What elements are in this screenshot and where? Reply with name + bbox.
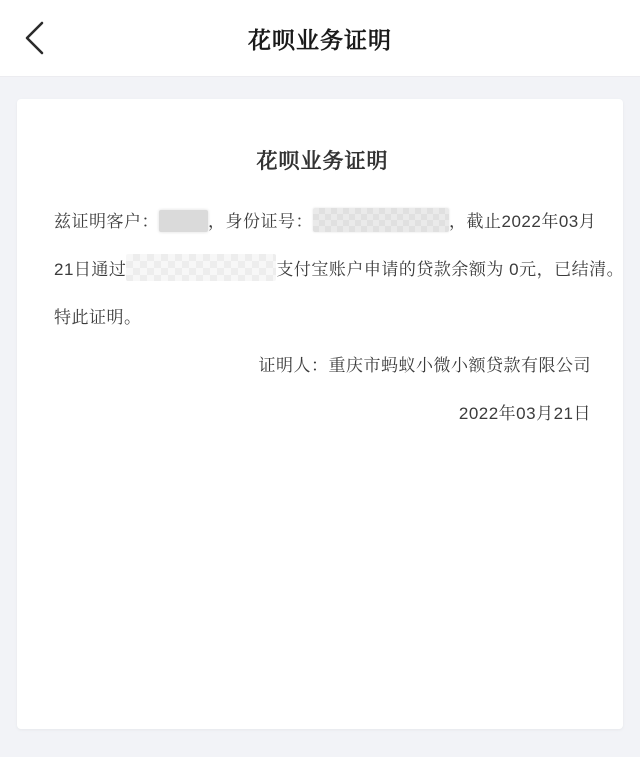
page-background: 花呗业务证明 兹证明客户：，身份证号：，截止2022年03月 21日通过支付宝账… — [0, 77, 640, 757]
closing-text: 特此证明。 — [54, 308, 142, 327]
certificate-line-2: 21日通过支付宝账户申请的贷款余额为 0元，已结清。 — [54, 246, 591, 294]
redacted-id-number — [313, 208, 449, 232]
redacted-account-name — [126, 254, 276, 281]
page-title: 花呗业务证明 — [248, 22, 392, 55]
account-suffix-text: 支付宝账户申请的贷款余额为 0元，已结清。 — [276, 260, 623, 279]
id-label: ，身份证号： — [208, 212, 313, 231]
certificate-date: 2022年03月21日 — [54, 390, 591, 438]
header: 花呗业务证明 — [0, 0, 640, 77]
certificate-body: 兹证明客户：，身份证号：，截止2022年03月 21日通过支付宝账户申请的贷款余… — [54, 198, 591, 342]
back-button[interactable] — [10, 14, 58, 62]
certificate-title: 花呗业务证明 — [54, 148, 591, 176]
date-continuation-text: 21日通过 — [54, 260, 126, 279]
customer-label: 兹证明客户： — [54, 212, 159, 231]
certificate-issuer: 证明人：重庆市蚂蚁小微小额贷款有限公司 — [54, 342, 591, 390]
asof-text: ，截止2022年03月 — [449, 212, 596, 231]
chevron-left-icon — [23, 21, 45, 55]
redacted-customer-name — [159, 210, 208, 232]
certificate-line-1: 兹证明客户：，身份证号：，截止2022年03月 — [54, 198, 591, 246]
certificate-closing: 特此证明。 — [54, 294, 591, 342]
certificate-card: 花呗业务证明 兹证明客户：，身份证号：，截止2022年03月 21日通过支付宝账… — [17, 99, 623, 729]
